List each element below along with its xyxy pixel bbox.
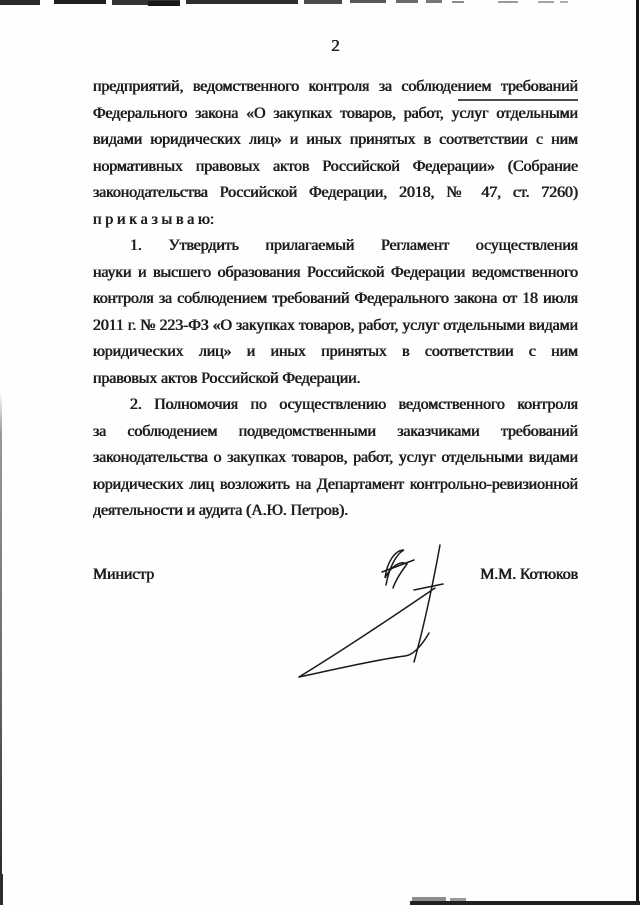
minister-name-label: М.М. Котюков (480, 566, 578, 584)
text-line: науки и высшего образования Российской Ф… (93, 260, 578, 287)
scan-artifact-top-edge (350, 0, 386, 3)
body-paragraph-3: 2. Полномочия по осуществлению ведомстве… (93, 392, 578, 525)
text-line: юридических лиц» и иных принятых в соотв… (93, 339, 578, 366)
text-line: 1. Утвердить прилагаемый Регламент осуще… (93, 233, 578, 260)
scan-artifact-top-edge (426, 0, 442, 3)
scan-artifact-top-edge (396, 0, 418, 3)
scan-artifact-top-edge (498, 1, 518, 3)
text-line: 2011 г. № 223-ФЗ «О закупках товаров, ра… (93, 313, 578, 340)
text-line: правовых актов Российской Федерации. (93, 366, 578, 393)
body-paragraph-2: 1. Утвердить прилагаемый Регламент осуще… (93, 233, 578, 392)
scan-artifact-top-edge (538, 1, 554, 3)
page-number: 2 (93, 36, 578, 56)
scanned-document-page: 2 предприятий, ведомственного контроля з… (0, 0, 640, 905)
text-line: деятельности и аудита (А.Ю. Петров). (93, 498, 578, 525)
text-line: 2. Полномочия по осуществлению ведомстве… (93, 392, 578, 419)
body-paragraph-1: предприятий, ведомственного контроля за … (93, 74, 578, 233)
minister-title-label: Министр (93, 566, 154, 584)
scan-artifact-bottom-band (410, 901, 640, 905)
text-line: за соблюдением подведомственными заказчи… (93, 419, 578, 446)
scan-artifact-top-edge (54, 0, 106, 4)
scan-artifact-top-edge (186, 0, 298, 4)
scan-artifact-bottom-band (450, 898, 466, 901)
scan-artifact-top-edge (560, 1, 568, 3)
scan-artifact-top-edge (304, 0, 342, 4)
text-line: юридических лиц возложить на Департамент… (93, 472, 578, 499)
scan-artifact-bottom-band (412, 897, 446, 901)
scan-artifact-right-border (636, 0, 639, 905)
text-line: контроля за соблюдением требований Федер… (93, 286, 578, 313)
text-line: законодательства Российской Федерации, 2… (93, 180, 578, 207)
scan-artifact-top-edge (0, 0, 40, 5)
text-line: видами юридических лиц» и иных принятых … (93, 127, 578, 154)
scan-artifact-bottom-left (0, 874, 3, 905)
text-line: п р и к а з ы в а ю: (93, 207, 578, 234)
text-line: предприятий, ведомственного контроля за … (93, 74, 578, 101)
document-body: предприятий, ведомственного контроля за … (93, 74, 578, 525)
text-line: законодательства о закупках товаров, раб… (93, 445, 578, 472)
scan-artifact-top-edge (148, 1, 180, 6)
scan-artifact-top-edge (452, 1, 464, 3)
scan-artifact-top-edge (112, 0, 180, 5)
text-line: нормативных правовых актов Российской Фе… (93, 154, 578, 181)
signature-icon (283, 538, 458, 688)
text-line: Федерального закона «О закупках товаров,… (93, 101, 578, 128)
scan-artifact-left-border (0, 392, 2, 905)
